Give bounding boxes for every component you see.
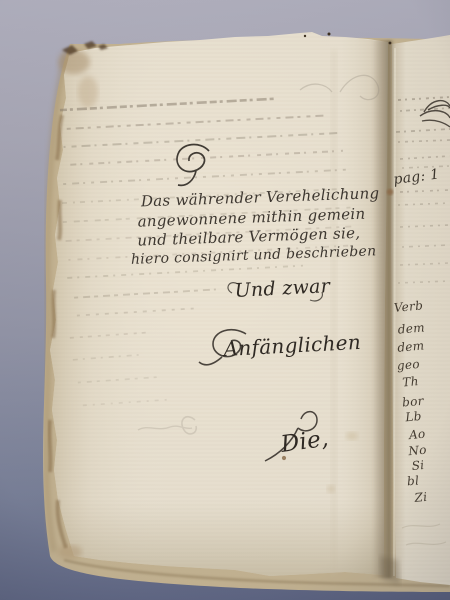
photo-vignette [0,0,450,600]
manuscript-photo: Verb dem dem geo Th bor Lb Ao No Si bl Z… [0,0,450,600]
photo-scene: Verb dem dem geo Th bor Lb Ao No Si bl Z… [0,0,450,600]
